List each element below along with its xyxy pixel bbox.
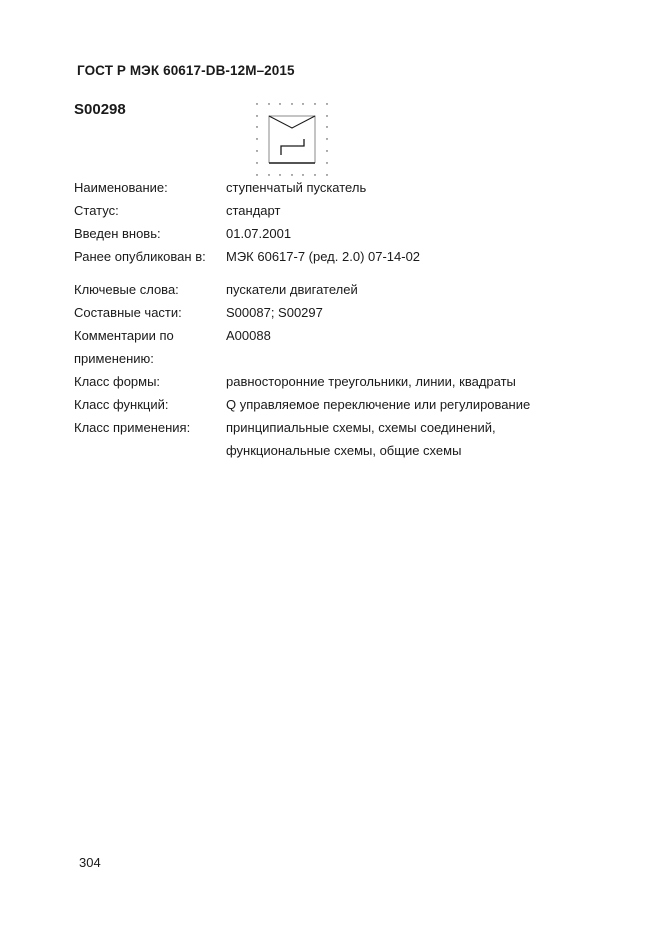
field-label: Составные части: bbox=[74, 305, 182, 320]
field-label: Наименование: bbox=[74, 180, 168, 195]
field-value: равносторонние треугольники, линии, квад… bbox=[226, 374, 516, 389]
field-value: Q управляемое переключение или регулиров… bbox=[226, 397, 530, 412]
field-value: МЭК 60617-7 (ред. 2.0) 07-14-02 bbox=[226, 249, 420, 264]
field-value: принципиальные схемы, схемы соединений, bbox=[226, 420, 496, 435]
symbol-code: S00298 bbox=[74, 101, 126, 118]
field-label: Статус: bbox=[74, 203, 119, 218]
field-label: Класс формы: bbox=[74, 374, 160, 389]
page-number: 304 bbox=[79, 855, 101, 870]
field-value: стандарт bbox=[226, 203, 280, 218]
field-label: Комментарии по bbox=[74, 328, 174, 343]
field-label: применению: bbox=[74, 351, 154, 366]
symbol-figure bbox=[250, 98, 340, 180]
document-header: ГОСТ Р МЭК 60617-DB-12M–2015 bbox=[77, 63, 295, 78]
field-value: ступенчатый пускатель bbox=[226, 180, 366, 195]
field-label: Класс применения: bbox=[74, 420, 190, 435]
field-value: 01.07.2001 bbox=[226, 226, 291, 241]
field-value: A00088 bbox=[226, 328, 271, 343]
field-label: Ранее опубликован в: bbox=[74, 249, 206, 264]
field-label: Ключевые слова: bbox=[74, 282, 179, 297]
field-value: функциональные схемы, общие схемы bbox=[226, 443, 461, 458]
field-label: Введен вновь: bbox=[74, 226, 161, 241]
stepped-starter-symbol-icon bbox=[250, 98, 340, 180]
field-value: S00087; S00297 bbox=[226, 305, 323, 320]
field-value: пускатели двигателей bbox=[226, 282, 358, 297]
field-label: Класс функций: bbox=[74, 397, 169, 412]
